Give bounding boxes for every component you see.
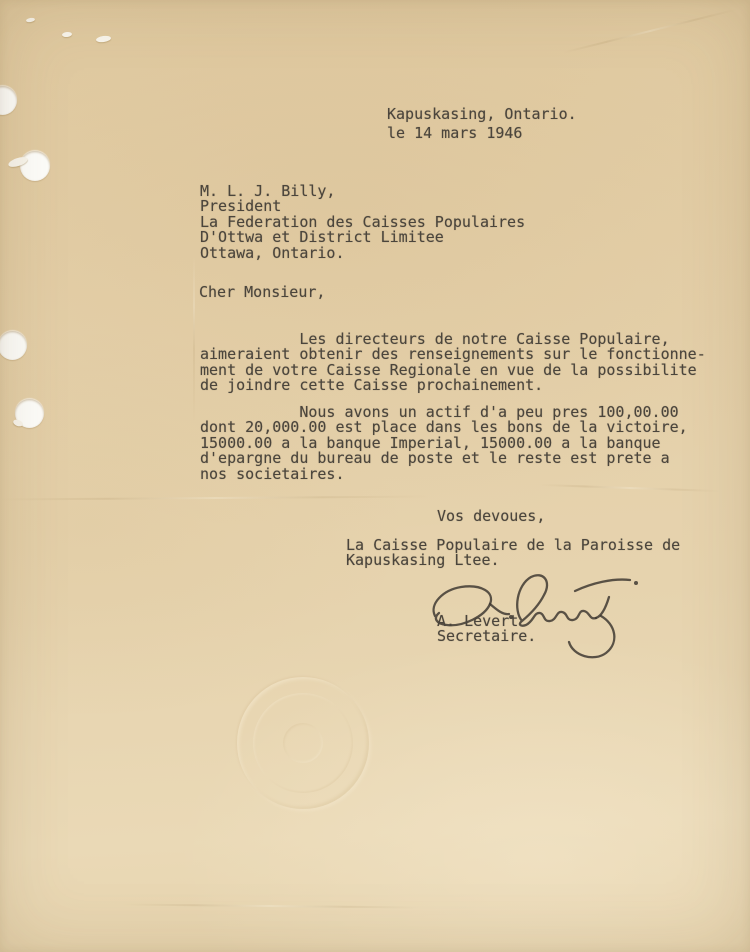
- salutation: Cher Monsieur,: [199, 285, 325, 300]
- embossed-seal: [237, 677, 369, 809]
- punch-hole: [0, 331, 27, 360]
- signature-stroke-tcross: [575, 580, 630, 591]
- body-paragraph-1: Les directeurs de notre Caisse Populaire…: [200, 332, 706, 394]
- embossed-seal-core: [283, 723, 323, 763]
- paper-crease: [0, 495, 430, 500]
- paper-crease: [193, 255, 195, 425]
- paper-speck: [96, 35, 112, 43]
- signature-stroke-t: [596, 597, 609, 618]
- signature-end-dot: [634, 581, 638, 585]
- paper-crease: [540, 484, 720, 492]
- signature-stroke-flourish: [569, 616, 614, 657]
- punch-hole: [0, 86, 17, 115]
- paper-speck: [62, 31, 72, 37]
- signer-name-title: A. Levert Secretaire.: [437, 614, 536, 645]
- paper-crease: [562, 8, 737, 53]
- punch-hole: [20, 151, 50, 181]
- paper-crease: [120, 903, 420, 908]
- recipient-address: M. L. J. Billy, President La Federation …: [200, 184, 525, 261]
- paper-speck: [26, 17, 36, 23]
- body-paragraph-2: Nous avons un actif d'a peu pres 100,00.…: [200, 405, 688, 482]
- valediction: Vos devoues,: [437, 509, 545, 524]
- organization-name: La Caisse Populaire de la Paroisse de Ka…: [346, 538, 680, 569]
- letter-page: Kapuskasing, Ontario. le 14 mars 1946 M.…: [0, 0, 750, 952]
- dateline: Kapuskasing, Ontario. le 14 mars 1946: [387, 105, 577, 143]
